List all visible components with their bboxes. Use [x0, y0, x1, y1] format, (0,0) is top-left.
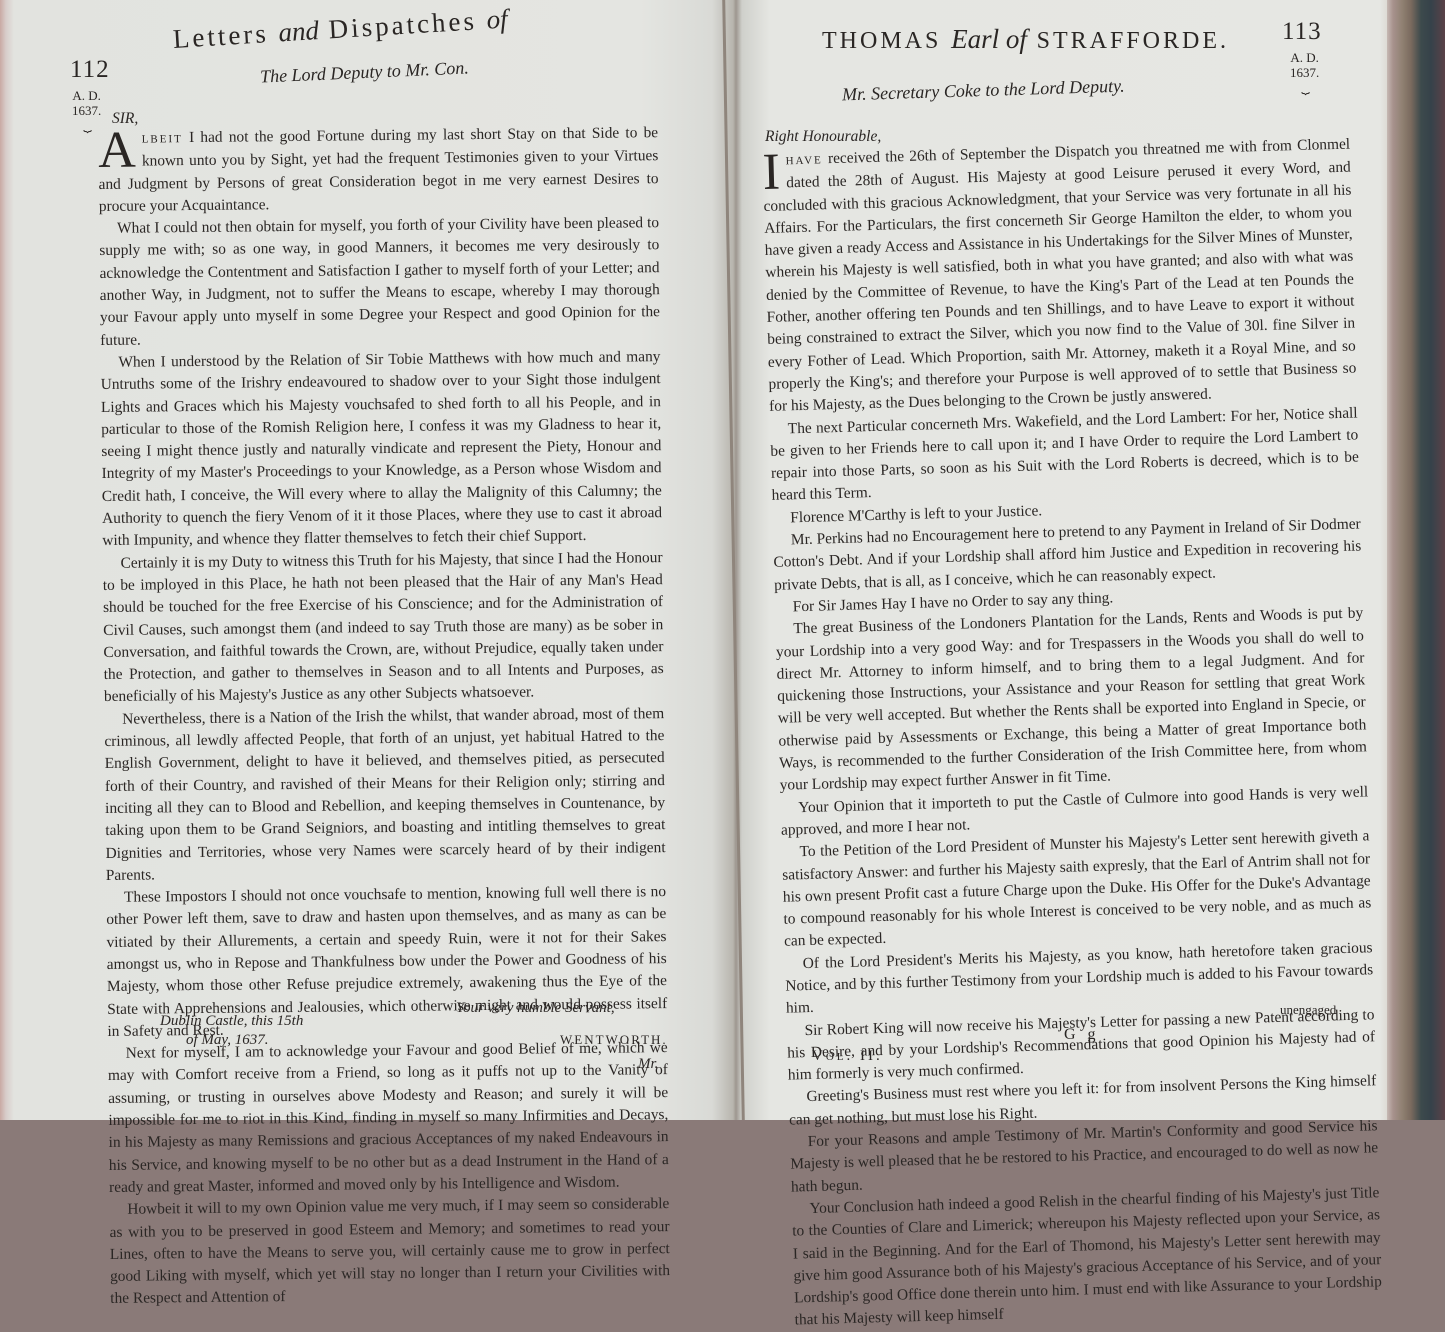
margin-date-era: A. D.: [1290, 50, 1319, 65]
letter-body: IHAVE received the 26th of September the…: [762, 134, 1383, 1120]
paragraph: What I could not then obtain for myself,…: [99, 212, 660, 352]
paragraph: To the Petition of the Lord President of…: [781, 826, 1372, 954]
paragraph: Nevertheless, there is a Nation of the I…: [104, 703, 666, 887]
running-head-part: Strafforde.: [1037, 28, 1229, 54]
paragraph: The great Business of the Londoners Plan…: [775, 603, 1368, 798]
drop-cap: I: [762, 152, 780, 194]
running-head-part: Letters: [172, 18, 270, 54]
margin-date-year: 1637.: [72, 103, 101, 118]
margin-date-era: A. D.: [72, 88, 101, 103]
margin-date-year: 1637.: [1290, 65, 1319, 80]
small-caps-word: LBEIT: [142, 133, 183, 145]
running-head-part: and: [278, 15, 320, 47]
running-head-part: Thomas: [822, 28, 941, 54]
brace-ornament-icon: ⏟: [72, 118, 101, 133]
page-number: 113: [1282, 18, 1322, 46]
book-gutter: [722, 0, 745, 1120]
running-head-part: of: [486, 4, 509, 35]
letter-heading: Mr. Secretary Coke to the Lord Deputy.: [842, 76, 1125, 106]
signature: Wentworth.: [560, 1032, 668, 1048]
running-head: Letters and Dispatches of: [172, 4, 508, 55]
paragraph-text: received the 26th of September the Dispa…: [763, 136, 1356, 416]
running-head-part: Dispatches: [328, 5, 478, 44]
letter-body: ALBEIT I had not the good Fortune during…: [98, 122, 670, 1120]
signature-mark: G g: [1064, 1026, 1100, 1044]
page-number: 112: [70, 56, 110, 84]
place-date: Dublin Castle, this 15th of May, 1637.: [160, 1012, 303, 1050]
open-book: 112 Letters and Dispatches of A. D. 1637…: [0, 0, 1445, 1120]
margin-date: A. D. 1637. ⏟: [1290, 50, 1319, 95]
salutation: Right Honourable,: [765, 128, 881, 146]
running-head-part: Earl of: [951, 24, 1027, 54]
paragraph: IHAVE received the 26th of September the…: [762, 134, 1357, 419]
paragraph: Certainly it is my Duty to witness this …: [102, 547, 664, 709]
brace-ornament-icon: ⏟: [1290, 80, 1319, 95]
place-date-line: Dublin Castle, this 15th: [160, 1012, 303, 1031]
drop-cap: A: [98, 130, 136, 172]
paragraph: ALBEIT I had not the good Fortune during…: [98, 122, 659, 218]
paragraph-text: I had not the good Fortune during my las…: [98, 124, 658, 215]
paragraph: The next Particular concerneth Mrs. Wake…: [769, 402, 1359, 508]
volume-label: Vol. II.: [812, 1048, 883, 1065]
margin-date: A. D. 1637. ⏟: [72, 88, 101, 133]
closing: Your very humble Servant,: [456, 1000, 615, 1017]
book-edge-and-cover: [1387, 0, 1445, 1120]
running-head: Thomas Earl of Strafforde.: [822, 24, 1229, 55]
right-page: Thomas Earl of Strafforde. 113 A. D. 163…: [760, 0, 1360, 1120]
catchword: unengaged: [1280, 1002, 1336, 1018]
place-date-line: of May, 1637.: [160, 1031, 303, 1050]
catchword: Mr.: [638, 1056, 658, 1073]
small-caps-word: HAVE: [785, 154, 822, 167]
left-page: 112 Letters and Dispatches of A. D. 1637…: [20, 0, 660, 1120]
letter-heading: The Lord Deputy to Mr. Con.: [260, 57, 470, 87]
paragraph: When I understood by the Relation of Sir…: [100, 346, 662, 553]
